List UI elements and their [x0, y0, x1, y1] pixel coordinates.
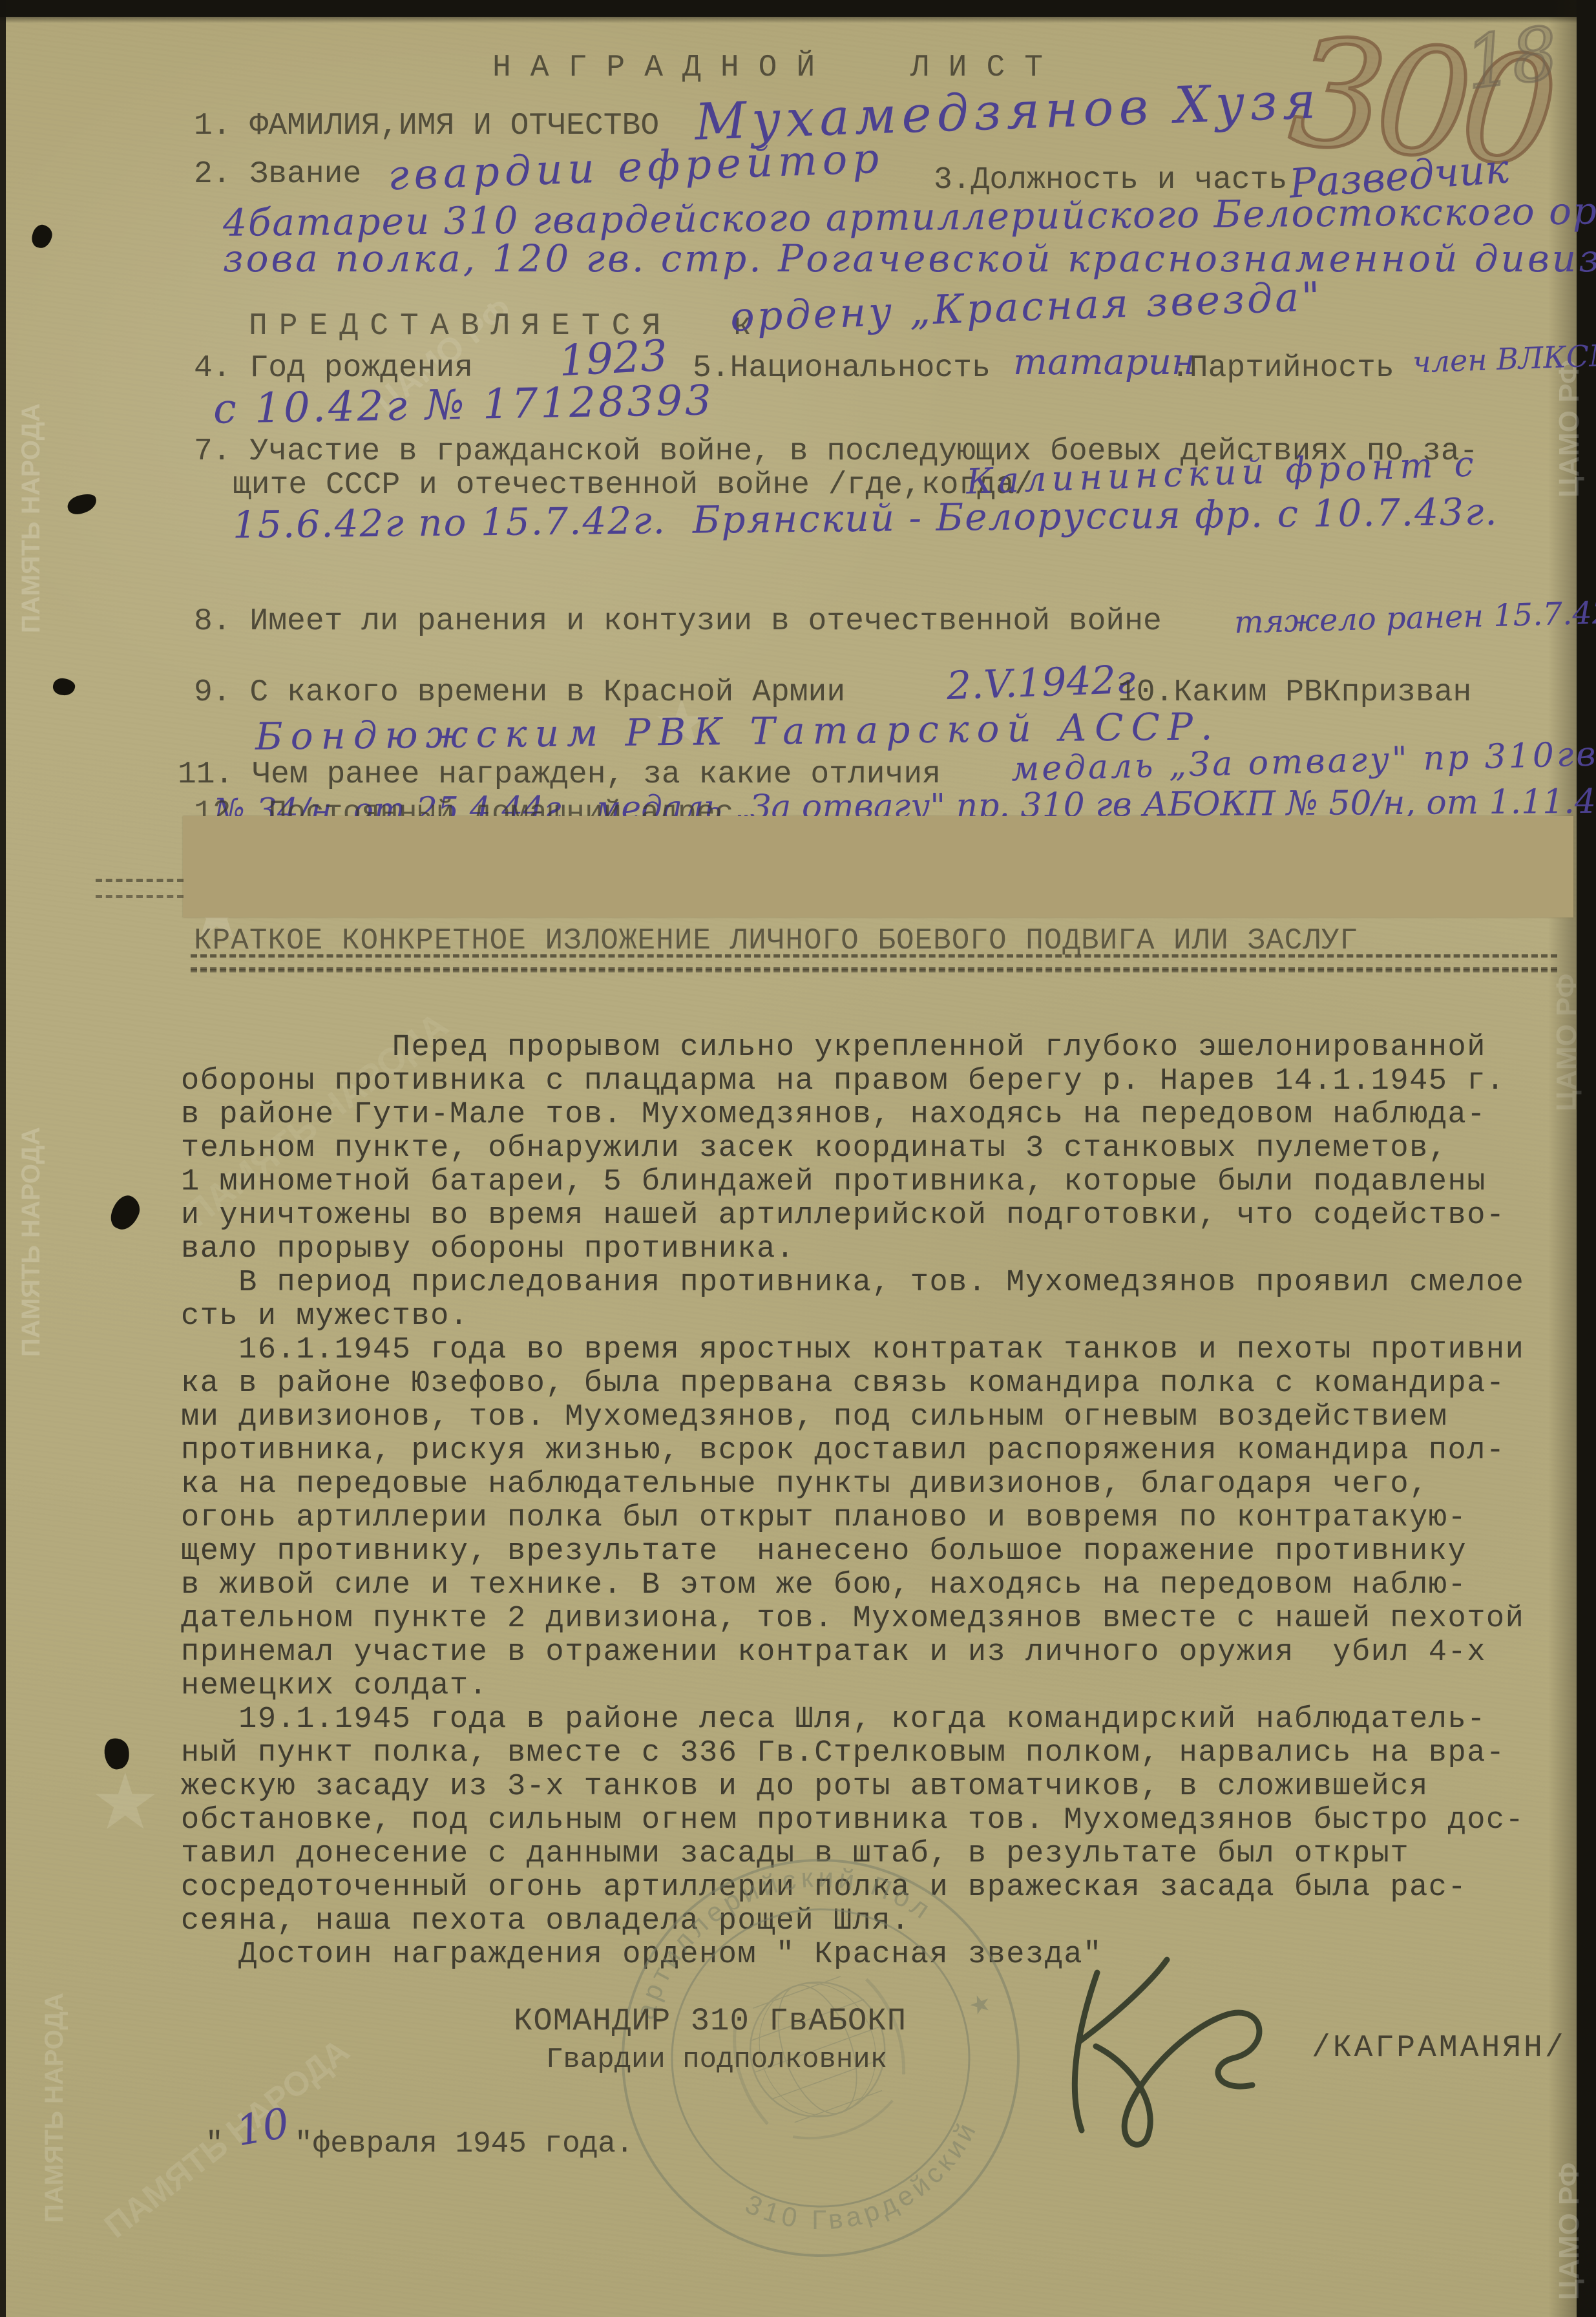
pencil-number-18: 18	[1453, 6, 1556, 110]
award-sheet-scan: ПАМЯТЬ НАРОДА ПАМЯТЬ НАРОДА ПАМЯТЬ НАРОД…	[0, 0, 1596, 2317]
field-birth-year-label: 4. Год рождения	[194, 351, 473, 386]
field-rank-label: 2. Звание	[194, 157, 361, 192]
field-party-value: член ВЛКСМ	[1412, 337, 1596, 379]
field-service-since-label: 9. С какого времени в Красной Армии	[194, 675, 845, 710]
date-day-handwritten: 10	[233, 2099, 293, 2155]
document-title: НАГРАДНОЙ ЛИСТ	[492, 50, 1062, 85]
ink-blot-3	[52, 677, 76, 697]
presented-value: ордену „Красная звезда"	[730, 273, 1323, 341]
scan-edge-left	[0, 0, 6, 2317]
watermark-archive-right-2: ЦАМО РФ	[1551, 974, 1583, 1111]
field-nationality-value: татарин	[1013, 341, 1195, 383]
watermark-memory-left-3: ПАМЯТЬ НАРОДА	[40, 1993, 69, 2223]
commander-surname: /КАГРАМАНЯН/	[1312, 2031, 1566, 2066]
field-name-label: 1. ФАМИЛИЯ,ИМЯ И ОТЧЕСТВО	[194, 109, 659, 143]
signature-autograph	[1034, 1935, 1312, 2155]
summary-heading: КРАТКОЕ КОНКРЕТНОЕ ИЗЛОЖЕНИЕ ЛИЧНОГО БОЕ…	[194, 924, 1358, 958]
summary-body: Перед прорывом сильно укрепленной глубок…	[181, 1031, 1524, 1972]
commander-rank-line: Гвардии подполковник	[546, 2044, 887, 2076]
separator-dashes-2	[191, 969, 1557, 978]
field-party-label: .Партийность	[1171, 351, 1394, 386]
watermark-archive-right-3: ЦАМО РФ	[1553, 2163, 1586, 2300]
ink-blot-1	[30, 223, 54, 250]
field-previous-awards-label: 11. Чем ранее награжден, за какие отличи…	[178, 757, 941, 792]
svg-text:18: 18	[1461, 11, 1556, 105]
margin-dash-marks	[96, 879, 184, 898]
ink-blot-4	[107, 1191, 145, 1234]
svg-text:310 Гвардейский: 310 Гвардейский	[733, 2108, 1002, 2269]
ink-blot-2	[65, 491, 99, 518]
watermark-archive-right-1: ЦАМО РФ	[1553, 360, 1586, 498]
watermark-memory-left-1: ПАМЯТЬ НАРОДА	[17, 403, 46, 633]
redaction-rectangle	[183, 816, 1573, 917]
unit-line-2: зова полка, 120 гв. стр. Рогачевской кра…	[223, 236, 1596, 280]
party-membership-line: с 10.42г № 17128393	[213, 377, 714, 434]
commander-title-line: КОМАНДИР 310 ГвАБОКП	[514, 2003, 907, 2039]
field-rank-value: гвардии ефрейтор	[387, 135, 885, 200]
field-wounds-value: тяжело ранен 15.7.42	[1234, 594, 1596, 640]
presented-label: ПРЕДСТАВЛЯЕТСЯ к	[249, 309, 763, 344]
field-nationality-label: 5.Национальность	[693, 351, 991, 386]
field-wounds-label: 8. Имеет ли ранения и контузии в отечест…	[194, 604, 1162, 639]
separator-dashes-1	[191, 954, 1557, 970]
watermark-star-2: ★	[90, 1757, 160, 1847]
watermark-memory-left-2: ПАМЯТЬ НАРОДА	[17, 1127, 46, 1357]
stamp-star-icon: ★	[963, 1982, 996, 2026]
field-service-since-value: 2.V.1942г	[946, 657, 1136, 709]
